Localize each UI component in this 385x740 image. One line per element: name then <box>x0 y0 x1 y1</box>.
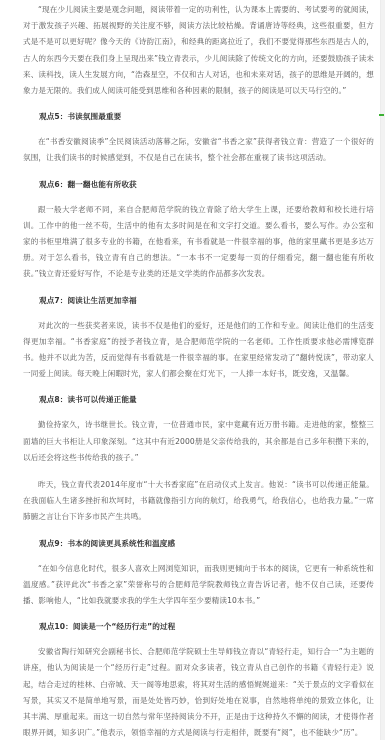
section-heading-6: 观点6：翻一翻也能有所收获 <box>23 178 374 192</box>
section-8-paragraph-2: 昨天，钱立青代表2014年度市“十大书香家庭”在启动仪式上发言。他说：“读书可以… <box>23 477 374 526</box>
section-heading-7: 观点7：阅读让生活更加幸福 <box>23 294 374 308</box>
scroll-position-marker <box>379 114 384 116</box>
section-heading-10: 观点10：阅读是一个“经历行走”的过程 <box>23 620 374 634</box>
article-body: “现在少儿阅读主要是观念问题，阅读带着一定的功利性，认为课本上需要的、考试要考的… <box>0 0 381 740</box>
section-heading-5: 观点5：书读氛围最重要 <box>23 110 374 124</box>
section-5-paragraph-1: 在“书香安徽阅读季”全民阅读活动落幕之际，安徽省“书香之家”获得者钱立青：营造了… <box>23 134 374 166</box>
vertical-scrollbar[interactable] <box>380 0 385 740</box>
section-heading-8: 观点8：读书可以传递正能量 <box>23 393 374 407</box>
section-7-paragraph-1: 对此次的一些获奖者来说，读书不仅是他们的爱好，还是他们的工作和专业。阅读让他们的… <box>23 318 374 383</box>
section-heading-9: 观点9：书本的阅读更具系统性和温度感 <box>23 537 374 551</box>
section-8-paragraph-1: 勤俭持家久，诗书继世长。钱立青，一位普通市民，家中竟藏有近万册书籍。走进他的家，… <box>23 417 374 466</box>
section-9-paragraph-1: “在如今信息化时代，很多人喜欢上网浏览知识，而我则更倾向于书本的阅读，它更有一种… <box>23 561 374 610</box>
section-6-paragraph-1: 跟一般大学老师不同，来自合肥师范学院的钱立青除了给大学生上课，还要给教师和校长进… <box>23 202 374 283</box>
intro-paragraph: “现在少儿阅读主要是观念问题，阅读带着一定的功利性，认为课本上需要的、考试要考的… <box>23 2 374 99</box>
section-10-paragraph-1: 安徽省陶行知研究会副秘书长、合肥师范学院硕士生导师钱立青以“青轻行走，知行合一”… <box>23 644 374 740</box>
